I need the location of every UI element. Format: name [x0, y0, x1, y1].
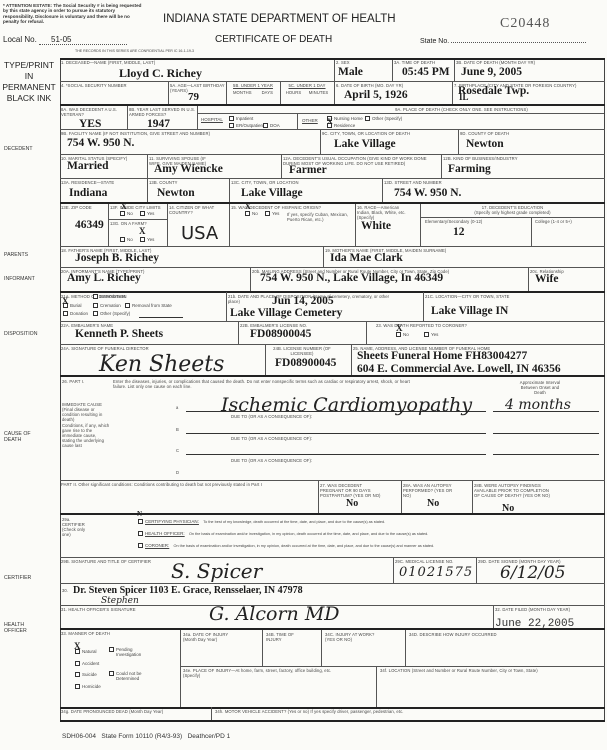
checkbox-certifying-physician[interactable]: CERTIFYING PHYSICIAN: To the best of my …	[138, 519, 385, 524]
checkbox-accident[interactable]: Accident	[75, 661, 99, 666]
checkbox-cremation[interactable]: Cremation	[93, 303, 121, 308]
checkbox-pending-investigation[interactable]: Pending Investigation	[109, 647, 144, 657]
checkbox-suicide[interactable]: Suicide	[75, 672, 97, 677]
side-label-certifier: CERTIFIER	[4, 575, 31, 581]
field-24a-funeral-director-signature[interactable]: 24a. SIGNATURE OF FUNERAL DIRECTOR Ken S…	[61, 346, 241, 374]
cause-line-a-interval: 4 months	[505, 397, 571, 413]
field-19-mothers-name: 19. MOTHER'S NAME (First, Middle, Maiden…	[325, 248, 603, 264]
other-label: OTHER	[302, 118, 318, 123]
checkbox-natural[interactable]: Natural	[75, 649, 97, 654]
field-32-date-filed: 32. DATE FILED (Month Day Year) June 22,…	[495, 607, 605, 630]
field-34g-date-pronounced-dead: 34g. DATE PRONOUNCED DEAD (Month Day Yea…	[61, 709, 211, 714]
state-no-value: C20448	[500, 16, 550, 32]
field-3b-date-of-death: 3b. DATE OF DEATH (Month Day Yr) June 9,…	[456, 60, 604, 80]
checkbox-donation[interactable]: Donation	[63, 311, 88, 316]
checkbox-hispanic-no[interactable]: No	[245, 211, 258, 216]
attention-notice: * ATTENTION ESTATE: The Social Security …	[3, 3, 145, 25]
burial-check-mark: X	[62, 296, 69, 306]
field-13e-zip-code: 13e. ZIP CODE 46349	[61, 205, 109, 245]
field-23-reported-to-coroner: 23. WAS DEATH REPORTED TO CORONER? No Ye…	[368, 323, 538, 343]
field-13f-inside-city-limits: 13f. INSIDE CITY LIMITS No Yes X	[110, 205, 166, 220]
checkbox-city-limits-yes[interactable]: Yes	[140, 211, 154, 216]
field-22b-embalmer-license: 22b. EMBALMER'S LICENSE NO. FD08900045	[240, 323, 370, 340]
field-28b-autopsy-findings: 28b. WERE AUTOPSY FINDINGS AVAILABLE PRI…	[474, 483, 604, 511]
side-label-informant: INFORMANT	[4, 276, 35, 282]
coroner-check-mark: X	[396, 323, 403, 333]
field-29a-certifier: 29a. CERTIFIER (Check only one) N CERTIF…	[61, 516, 604, 556]
checkbox-hispanic-yes[interactable]: Yes	[265, 211, 279, 216]
field-4-ssn: 4. *SOCIAL SECURITY NUMBER	[61, 83, 171, 88]
field-24b-license-number: 24b. LICENSE NUMBER (of Licensee) FD0890…	[267, 346, 342, 369]
checkbox-doa[interactable]: DOA	[263, 123, 280, 128]
field-13g-on-a-farm: 13g. ON A FARM? No Yes X	[110, 221, 166, 246]
certificate-title: CERTIFICATE OF DEATH	[215, 34, 332, 45]
field-21a-method-of-disposition: 21a. METHOD OF DISPOSITION Entombment Bu…	[61, 294, 226, 320]
checkbox-homicide[interactable]: Homicide	[75, 684, 101, 689]
field-9a-place-of-death: 9a. PLACE OF DEATH (Check only one. See …	[199, 107, 604, 129]
side-label-parents: PARENTS	[4, 252, 28, 258]
field-5c-under-1-day: 5c. UNDER 1 DAY HoursMinutes	[282, 83, 332, 95]
field-13c-city: 13c. CITY, TOWN, OR LOCATION Lake Villag…	[231, 180, 381, 199]
field-30-certifier-name-address: 30. Dr. Steven Spicer 1103 E. Grace, Ren…	[61, 585, 601, 605]
checkbox-er-outpatient[interactable]: ER/Outpatient	[229, 123, 264, 128]
hispanic-check-mark: X	[245, 202, 251, 211]
field-17-education: 17. DECEDENT'S EDUCATION (Specify only h…	[421, 205, 604, 245]
field-11-surviving-spouse: 11. SURVIVING SPOUSE (If wife, give maid…	[149, 156, 279, 175]
checkbox-other-specify[interactable]: Other (Specify)	[365, 116, 402, 121]
field-3a-time-of-death: 3a. TIME OF DEATH 05:45 PM	[394, 60, 452, 80]
field-13b-county: 13b. COUNTY Newton	[149, 180, 229, 199]
city-limits-check-mark: X	[121, 202, 127, 211]
field-9d-county-of-death: 9d. COUNTY OF DEATH Newton	[460, 131, 604, 150]
checkbox-farm-yes[interactable]: Yes	[140, 237, 154, 242]
field-8a-veteran: 8a. WAS DECEDENT A U.S. VETERAN? YES	[61, 107, 127, 130]
field-13d-street: 13d. STREET AND NUMBER 754 W. 950 N.	[384, 180, 602, 199]
field-27-pregnant: 27. WAS DECEDENT PREGNANT OR 90 DAYS POS…	[320, 483, 400, 511]
field-34b-time-of-injury: 34b. TIME OF INJURY	[266, 632, 316, 642]
residence-check-mark: X	[327, 117, 333, 126]
field-2-sex: 2. SEX Male	[336, 60, 392, 80]
field-12a-occupation: 12a. DECEDENT'S USUAL OCCUPATION (Give k…	[283, 156, 439, 176]
side-label-cause-of-death: CAUSE OF DEATH	[4, 431, 44, 443]
side-label-disposition: DISPOSITION	[4, 331, 37, 337]
confidential-note: THE RECORDS IN THIS SERIES ARE CONFIDENT…	[75, 49, 194, 53]
field-34e-place-of-injury: 34e. PLACE OF INJURY—At home, farm, stre…	[183, 668, 373, 678]
field-34d-describe-injury: 34d. DESCRIBE HOW INJURY OCCURRED	[409, 632, 599, 637]
field-21b-date-place-disposition: 21b. DATE AND PLACE OF DISPOSITION (Name…	[228, 294, 408, 319]
field-12b-business: 12b. KIND OF BUSINESS/INDUSTRY Farming	[443, 156, 603, 175]
agency-title: INDIANA STATE DEPARTMENT OF HEALTH	[163, 13, 396, 25]
checkbox-could-not-be-determined[interactable]: Could not be Determined	[109, 671, 144, 681]
field-1-deceased-name: 1. DECEASED—NAME (First, Middle, Last) L…	[61, 60, 334, 80]
field-15-hispanic-origin: 15. WAS DECEDENT OF HISPANIC ORIGIN? No …	[231, 205, 351, 245]
field-10-marital-status: 10. MARITAL STATUS (Specify) Married	[61, 156, 145, 172]
side-label-health-officer: HEALTH OFFICER	[4, 622, 44, 634]
field-34a-date-of-injury: 34a. DATE OF INJURY (Month Day Year)	[183, 632, 263, 642]
cause-line-a: Ischemic Cardiomyopathy	[221, 394, 472, 416]
field-28a-autopsy-performed: 28a. WAS AN AUTOPSY PERFORMED? (Yes or n…	[403, 483, 471, 511]
checkbox-entombment[interactable]: Entombment	[93, 294, 126, 299]
field-18-fathers-name: 18. FATHER'S NAME (First, Middle, Last) …	[61, 248, 321, 264]
side-label-decedent: DECEDENT	[4, 146, 33, 152]
state-no-label: State No.	[420, 38, 449, 45]
field-25-funeral-home: 25. NAME, ADDRESS, AND LICENSE NUMBER OF…	[353, 346, 603, 375]
checkbox-coroner-yes[interactable]: Yes	[424, 332, 438, 337]
field-13a-residence-state: 13a. RESIDENCE—STATE Indiana	[61, 180, 145, 199]
field-14-citizenship: 14. CITIZEN OF WHAT COUNTRY? USA	[169, 205, 229, 245]
local-no-label: Local No.	[3, 35, 37, 44]
checkbox-inpatient[interactable]: Inpatient	[229, 116, 253, 121]
field-5b-under-1-year: 5b. UNDER 1 YEAR MonthsDays	[228, 83, 278, 95]
field-9b-facility-name: 9b. FACILITY NAME (If not institution, g…	[61, 131, 316, 149]
checkbox-other-disposition[interactable]: Other (Specify)	[93, 311, 130, 316]
certifying-physician-check-mark: N	[137, 510, 142, 518]
field-34f-injury-location: 34f. LOCATION (Street and Number or Rura…	[380, 668, 602, 673]
field-20c-relationship: 20c. Relationship Wife	[530, 269, 604, 285]
field-20b-mailing-address: 20b. MAILING ADDRESS (Street and Number …	[252, 269, 527, 284]
field-9c-city-of-death: 9c. CITY, TOWN, OR LOCATION OF DEATH Lak…	[322, 131, 454, 150]
field-6-date-of-birth: 6. DATE OF BIRTH (Mo. Day Yr) April 5, 1…	[336, 83, 446, 101]
field-29b-certifier-signature[interactable]: 29b. SIGNATURE AND TITLE OF CERTIFIER S.…	[61, 559, 391, 583]
local-no: Local No. 51-05	[3, 35, 127, 45]
side-label-type-print: TYPE/PRINT IN PERMANENT BLACK INK	[0, 60, 58, 104]
checkbox-city-limits-no[interactable]: No	[120, 211, 133, 216]
form-id-footer: SDH06-004 State Form 10110 (R4/3-93) Dea…	[62, 733, 230, 740]
field-22a-embalmer-name: 22a. EMBALMER'S NAME Kenneth P. Sheets	[61, 323, 231, 340]
field-31-health-officer-signature[interactable]: 31. HEALTH OFFICER'S SIGNATURE G. Alcorn…	[61, 607, 461, 628]
field-16-race: 16. RACE—American Indian, Black, White, …	[357, 205, 417, 245]
checkbox-removal-from-state[interactable]: Removal from State	[125, 303, 172, 308]
checkbox-health-officer[interactable]: HEALTH OFFICER: On the basis of examinat…	[138, 531, 428, 536]
field-20a-informant-name: 20a. INFORMANT'S NAME (Type/Print) Amy L…	[61, 269, 251, 284]
field-26-cause-of-death: 26. PART I. Enter the diseases, injuries…	[61, 378, 604, 480]
hospital-label: HOSPITAL	[201, 117, 223, 122]
field-33-manner-of-death: 33. MANNER OF DEATH X Natural Pending In…	[61, 631, 171, 693]
field-34h-motor-vehicle-accident: 34h. MOTOR VEHICLE ACCIDENT? (Yes or no)…	[215, 709, 603, 714]
field-8b-year-served: 8b. YEAR LAST SERVED IN U.S. ARMED FORCE…	[129, 107, 197, 130]
field-5a-age: 5a. AGE—Last Birthday (Years) 79	[170, 83, 225, 103]
field-21c-disposition-location: 21c. LOCATION—City or Town, State Lake V…	[425, 294, 603, 317]
field-34c-injury-at-work: 34c. INJURY AT WORK? (Yes or no)	[325, 632, 405, 642]
checkbox-farm-no[interactable]: No	[120, 237, 133, 242]
field-part-2-other-conditions: PART II. Other significant conditions: C…	[61, 482, 311, 487]
farm-check-mark: X	[139, 226, 146, 236]
local-no-value: 51-05	[51, 35, 71, 44]
field-29c-medical-license: 29c. MEDICAL LICENSE NO. 01021575	[395, 559, 475, 580]
field-7-birthplace: 7. BIRTHPLACE (City and State or Foreign…	[454, 83, 604, 102]
education-elementary-value: 12	[453, 226, 465, 238]
state-no: State No.	[420, 35, 586, 45]
checkbox-coroner[interactable]: CORONER: On the basis of examination and…	[138, 543, 434, 548]
field-29d-date-signed: 29d. DATE SIGNED (Month Day Year) 6/12/0…	[478, 559, 604, 583]
